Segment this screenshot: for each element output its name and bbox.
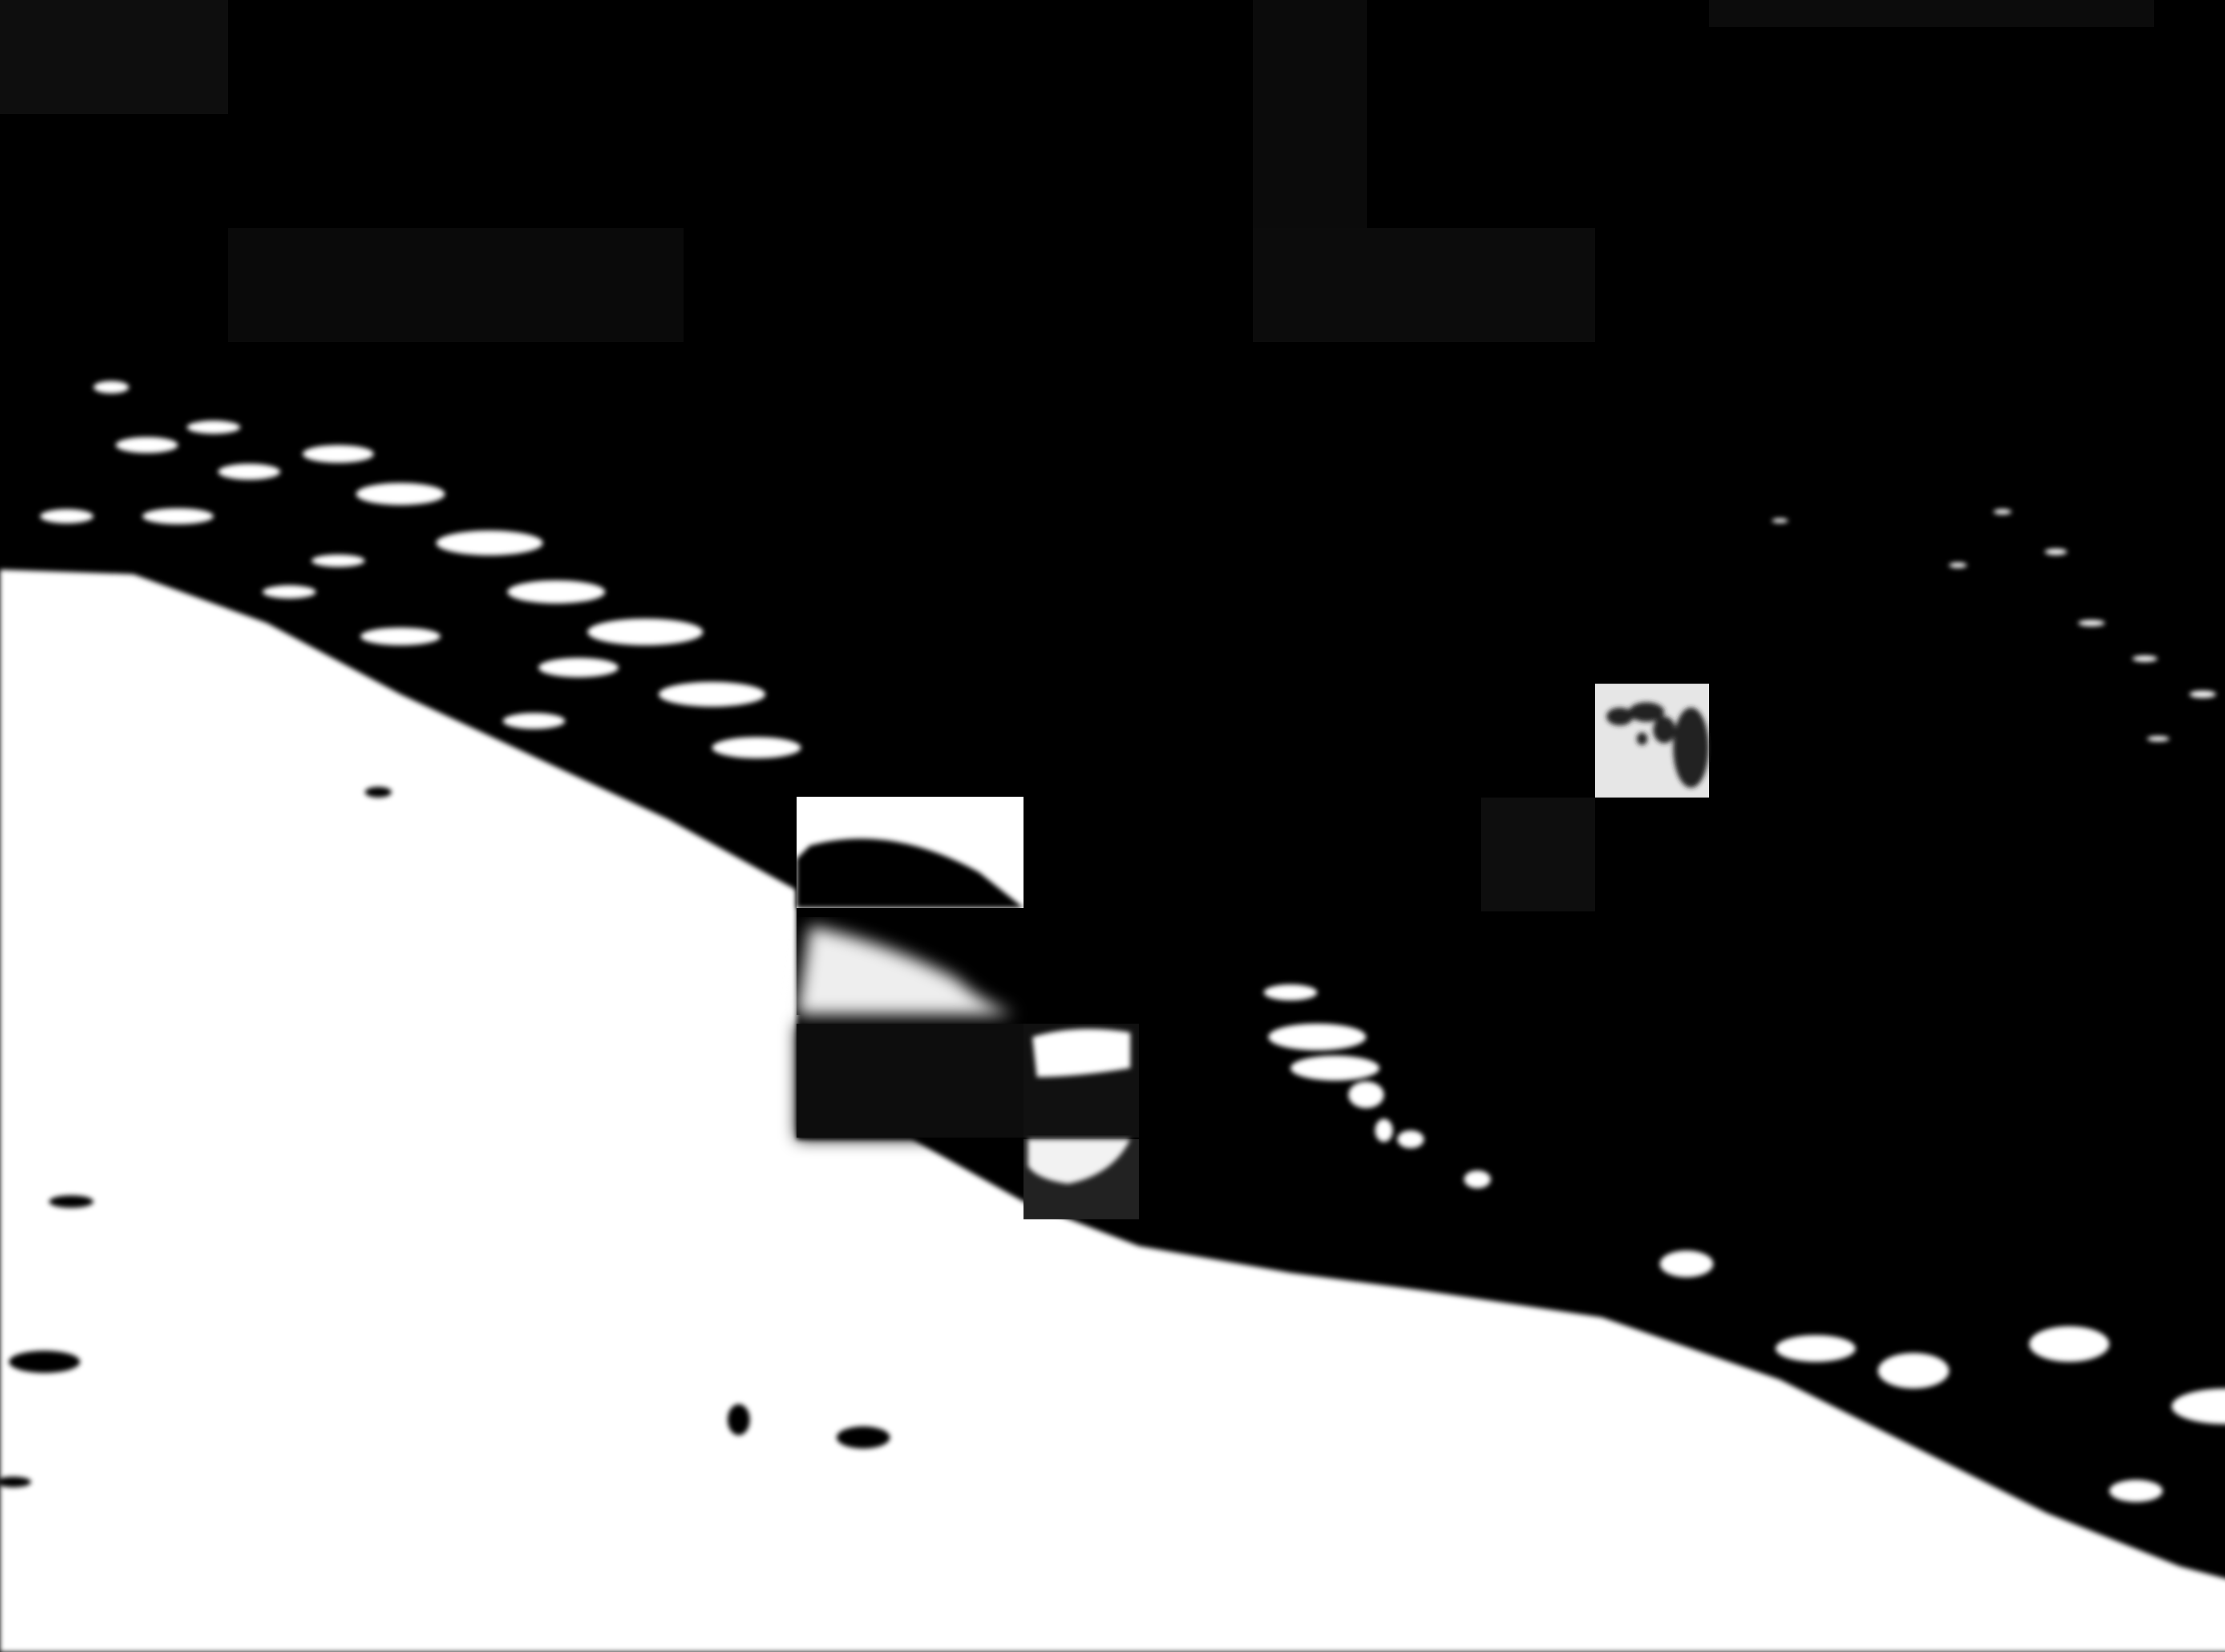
surf-photo — [0, 0, 2225, 1652]
surf-illustration — [0, 0, 2225, 1652]
